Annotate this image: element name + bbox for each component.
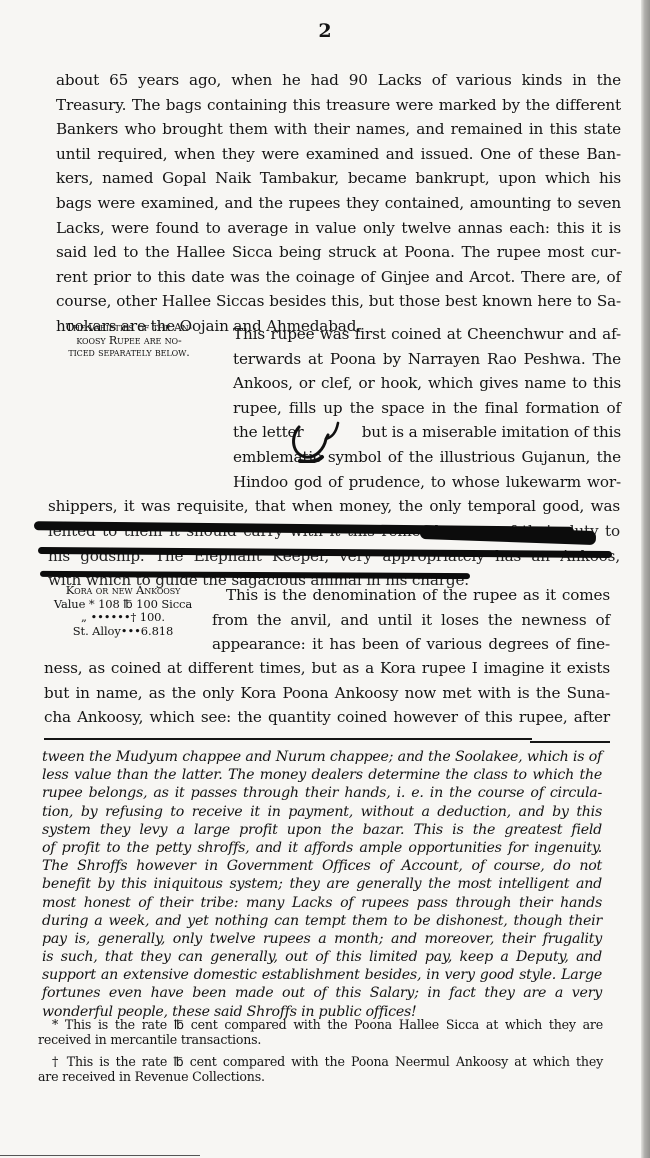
footnote-line: tween the Mudyum chappee and Nurum chapp… <box>42 748 602 766</box>
ankoosy-paragraph: This rupee was first coined at Cheenchwu… <box>233 322 621 494</box>
text-line: rent prior to this date was the coinage … <box>56 265 621 290</box>
text-line: bags were examined, and the rupees they … <box>56 191 621 216</box>
kora-paragraph-continued: ness, as coined at different times, but … <box>44 656 610 730</box>
footnote-line: less value than the latter. The money de… <box>42 766 602 784</box>
text-line: about 65 years ago, when he had 90 Lacks… <box>56 68 621 93</box>
footnote-line: most honest of their tribe: many Lacks o… <box>42 894 602 912</box>
margin-note-ankoosy: The varieties of the An- koosy Rupee are… <box>48 322 210 360</box>
page-number: 2 <box>0 20 650 42</box>
text-line: until required, when they were examined … <box>56 142 621 167</box>
kora-ditto: „ ••••••† 100. <box>38 611 208 625</box>
text-line: Ankoos, or clef, or hook, which gives na… <box>233 371 621 396</box>
kora-alloy: St. Alloy•••6.818 <box>38 625 208 639</box>
footnote-line: The Shroffs however in Government Office… <box>42 857 602 875</box>
footnote-line: is such, that they can generally, out of… <box>42 948 602 966</box>
text-fragment: but is a miserable imitation of this <box>362 420 621 445</box>
footnote-line: benefit by this iniquitous system; they … <box>42 875 602 893</box>
footnote-dagger: † This is the rate ℔ cent compared with … <box>38 1054 603 1084</box>
text-line: ness, as coined at different times, but … <box>44 656 610 681</box>
footnote-line: * This is the rate ℔ cent compared with … <box>38 1017 603 1032</box>
footnote-line: are received in Revenue Collections. <box>38 1069 603 1084</box>
text-line: Hindoo god of prudence, to whose lukewar… <box>233 470 621 495</box>
text-line: kers, named Gopal Naik Tambakur, became … <box>56 166 621 191</box>
footnote-line: during a week, and yet nothing can tempt… <box>42 912 602 930</box>
margin-note-line: ticed separately below. <box>48 347 210 360</box>
text-line: cha Ankoosy, which see: the quantity coi… <box>44 705 610 730</box>
kora-title: Kora or new Ankoosy <box>38 584 208 598</box>
footnote-line: support an extensive domestic establishm… <box>42 966 602 984</box>
text-line: terwards at Poona by Narrayen Rao Peshwa… <box>233 347 621 372</box>
text-line: from the anvil, and until it loses the n… <box>212 608 610 633</box>
ankoos-letter-icon <box>286 419 346 463</box>
text-line: Bankers who brought them with their name… <box>56 117 621 142</box>
kora-value: Value * 108 ℔ 100 Sicca <box>38 598 208 612</box>
footnote-line: † This is the rate ℔ cent compared with … <box>38 1054 603 1069</box>
footnote-line: fortunes even have been made out of this… <box>42 984 602 1002</box>
text-line: said led to the Hallee Sicca being struc… <box>56 240 621 265</box>
text-line: but in name, as the only Kora Poona Anko… <box>44 681 610 706</box>
margin-note-kora: Kora or new Ankoosy Value * 108 ℔ 100 Si… <box>38 584 208 638</box>
bottom-edge-line <box>0 1155 200 1156</box>
text-line: This is the denomination of the rupee as… <box>212 583 610 608</box>
footnote-line: tion, by refusing to receive it in payme… <box>42 803 602 821</box>
footnote-line: received in mercantile transactions. <box>38 1032 603 1047</box>
footnote-line: system they levy a large profit upon the… <box>42 821 602 839</box>
footnote-line: of profit to the petty shroffs, and it a… <box>42 839 602 857</box>
footnote-asterisk: * This is the rate ℔ cent compared with … <box>38 1017 603 1047</box>
text-line: Lacks, were found to average in value on… <box>56 216 621 241</box>
footnote-separator <box>44 738 532 740</box>
scanned-book-page: 2 about 65 years ago, when he had 90 Lac… <box>0 0 650 1158</box>
text-line: shippers, it was requisite, that when mo… <box>48 494 620 519</box>
kora-paragraph: This is the denomination of the rupee as… <box>212 583 610 657</box>
footnote-separator-tail <box>530 741 610 743</box>
text-line: rupee, fills up the space in the final f… <box>233 396 621 421</box>
text-line: appearance: it has been of various degre… <box>212 632 610 657</box>
footnote-line: pay is, generally, only twelve rupees a … <box>42 930 602 948</box>
footnote-continuation: tween the Mudyum chappee and Nurum chapp… <box>42 748 602 1021</box>
main-paragraph: about 65 years ago, when he had 90 Lacks… <box>56 68 621 339</box>
text-line: This rupee was first coined at Cheenchwu… <box>233 322 621 347</box>
page-edge-shadow <box>641 0 650 1158</box>
footnote-line: rupee belongs, as it passes through thei… <box>42 784 602 802</box>
margin-note-line: The varieties of the An- <box>48 322 210 335</box>
text-line: Treasury. The bags containing this treas… <box>56 93 621 118</box>
ankoosy-paragraph-continued: shippers, it was requisite, that when mo… <box>48 494 620 519</box>
text-line: course, other Hallee Siccas besides this… <box>56 289 621 314</box>
